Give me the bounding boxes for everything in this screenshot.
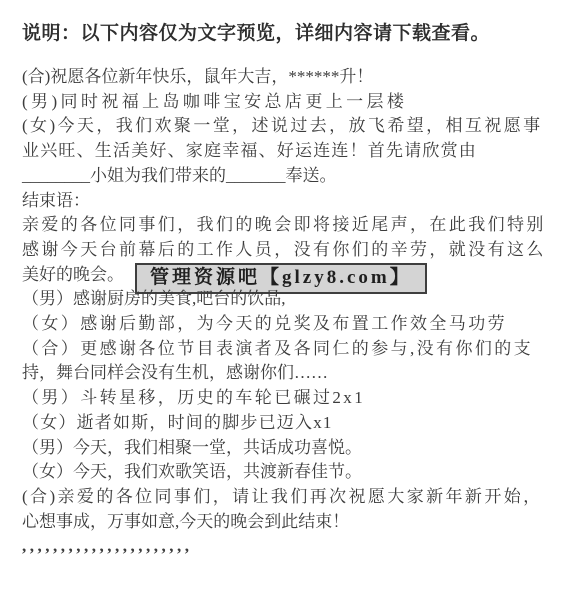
script-line-12: （合）更感谢各位节目表演者及各同仁的参与,没有你们的支 <box>22 337 564 362</box>
script-line-7: 亲爱的各位同事们，我们的晚会即将接近尾声，在此我们特别 <box>22 213 564 238</box>
script-content: (合)祝愿各位新年快乐，鼠年大吉，******升！ (男)同时祝福上岛咖啡宝安总… <box>22 65 564 559</box>
script-line-1: (合)祝愿各位新年快乐，鼠年大吉，******升！ <box>22 65 564 90</box>
script-line-10: （男）感谢厨房的美食,吧台的饮品, <box>22 287 564 312</box>
ellipsis-line: ,,,,,,,,,,,,,,,,,,,,,, <box>22 534 564 559</box>
script-line-11: （女）感谢后勤部，为今天的兑奖及布置工作效全马功劳 <box>22 312 564 337</box>
script-line-18: (合)亲爱的各位同事们，请让我们再次祝愿大家新年新开始， <box>22 485 564 510</box>
script-line-16: （男）今天，我们相聚一堂，共话成功喜悦。 <box>22 436 564 461</box>
script-line-9: 美好的晚会。 管理资源吧【glzy8.com】 <box>22 263 564 288</box>
script-line-13: 持，舞台同样会没有生机，感谢你们…… <box>22 361 564 386</box>
script-line-17: （女）今天，我们欢歌笑语，共渡新春佳节。 <box>22 460 564 485</box>
document-preview-page: 说明：以下内容仅为文字预览，详细内容请下载查看。 (合)祝愿各位新年快乐，鼠年大… <box>0 0 578 600</box>
script-line-3: (女)今天，我们欢聚一堂，述说过去，放飞希望，相互祝愿事 <box>22 114 564 139</box>
script-line-9-text: 美好的晚会。 <box>22 265 124 284</box>
preview-notice: 说明：以下内容仅为文字预览，详细内容请下载查看。 <box>22 18 564 45</box>
script-line-6: 结束语： <box>22 189 564 214</box>
script-line-4: 业兴旺、生活美好、家庭幸福、好运连连！首先请欣赏由 <box>22 139 564 164</box>
script-line-15: （女）逝者如斯，时间的脚步已迈入x1 <box>22 411 564 436</box>
script-line-19: 心想事成，万事如意,今天的晚会到此结束！ <box>22 510 564 535</box>
script-line-14: （男）斗转星移，历史的车轮已碾过2x1 <box>22 386 564 411</box>
script-line-5: ________小姐为我们带来的_______奉送。 <box>22 164 564 189</box>
script-line-8: 感谢今天台前幕后的工作人员，没有你们的辛劳，就没有这么 <box>22 238 564 263</box>
script-line-2: (男)同时祝福上岛咖啡宝安总店更上一层楼 <box>22 90 564 115</box>
